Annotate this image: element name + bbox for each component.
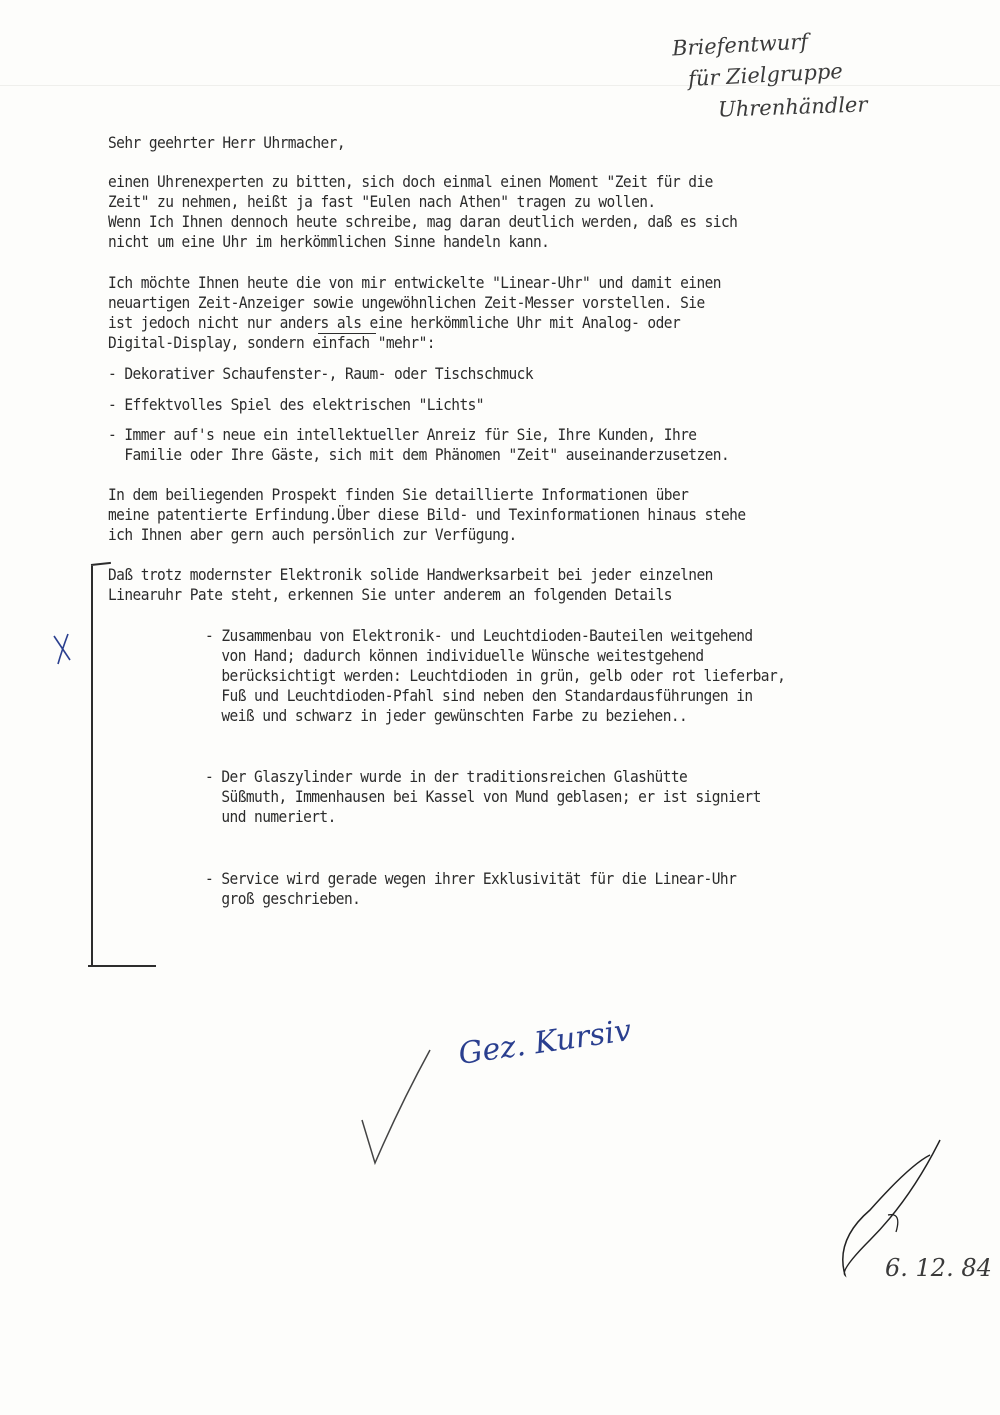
detail-item-cont: weiß und schwarz in jeder gewünschten Fa… xyxy=(205,706,687,726)
detail-item-cont: groß geschrieben. xyxy=(205,889,360,909)
detail-item: - Zusammenbau von Elektronik- und Leucht… xyxy=(205,626,753,646)
blue-x-mark-icon xyxy=(50,632,74,666)
text-line: meine patentierte Erfindung.Über diese B… xyxy=(108,505,746,525)
salutation: Sehr geehrter Herr Uhrmacher, xyxy=(108,133,345,153)
text-line: Zeit" zu nehmen, heißt ja fast "Eulen na… xyxy=(108,192,656,212)
text-line: nicht um eine Uhr im herkömmlichen Sinne… xyxy=(108,232,549,252)
detail-item-cont: Fuß und Leuchtdioden-Pfahl sind neben de… xyxy=(205,686,753,706)
detail-item: - Service wird gerade wegen ihrer Exklus… xyxy=(205,869,736,889)
detail-item-cont: Süßmuth, Immenhausen bei Kassel von Mund… xyxy=(205,787,761,807)
date-annotation: 6. 12. 84 xyxy=(885,1255,992,1281)
detail-item-cont: berücksichtigt werden: Leuchtdioden in g… xyxy=(205,666,785,686)
text-line: neuartigen Zeit-Anzeiger sowie ungewöhnl… xyxy=(108,293,705,313)
feature-item: - Immer auf's neue ein intellektueller A… xyxy=(108,425,696,445)
handwritten-underline xyxy=(318,333,376,334)
detail-item-cont: von Hand; dadurch können individuelle Wü… xyxy=(205,646,704,666)
text-line: Ich möchte Ihnen heute die von mir entwi… xyxy=(108,273,721,293)
margin-bracket-bottom xyxy=(88,965,156,967)
detail-item: - Der Glaszylinder wurde in der traditio… xyxy=(205,767,687,787)
check-mark-icon xyxy=(360,1045,440,1170)
margin-bracket-line xyxy=(91,566,93,966)
handwritten-note-line-1: Briefentwurf xyxy=(671,28,808,61)
paper-fold-line xyxy=(0,85,1000,86)
text-line: Daß trotz modernster Elektronik solide H… xyxy=(108,565,713,585)
feature-item-cont: Familie oder Ihre Gäste, sich mit dem Ph… xyxy=(108,445,729,465)
feature-item: - Effektvolles Spiel des elektrischen "L… xyxy=(108,395,484,415)
text-line: Linearuhr Pate steht, erkennen Sie unter… xyxy=(108,585,672,605)
feature-item: - Dekorativer Schaufenster-, Raum- oder … xyxy=(108,364,533,384)
text-line: ich Ihnen aber gern auch persönlich zur … xyxy=(108,525,517,545)
text-line: Digital-Display, sondern einfach "mehr": xyxy=(108,333,435,353)
text-line: In dem beiliegenden Prospekt finden Sie … xyxy=(108,485,688,505)
blue-handwritten-annotation: Gez. Kursiv xyxy=(457,1018,633,1068)
handwritten-note-line-3: Uhrenhändler xyxy=(718,91,868,122)
text-line: Wenn Ich Ihnen dennoch heute schreibe, m… xyxy=(108,212,737,232)
handwritten-note-line-2: für Zielgruppe xyxy=(687,58,843,92)
text-line: ist jedoch nicht nur anders als eine her… xyxy=(108,313,680,333)
text-line: einen Uhrenexperten zu bitten, sich doch… xyxy=(108,172,713,192)
detail-item-cont: und numeriert. xyxy=(205,807,336,827)
